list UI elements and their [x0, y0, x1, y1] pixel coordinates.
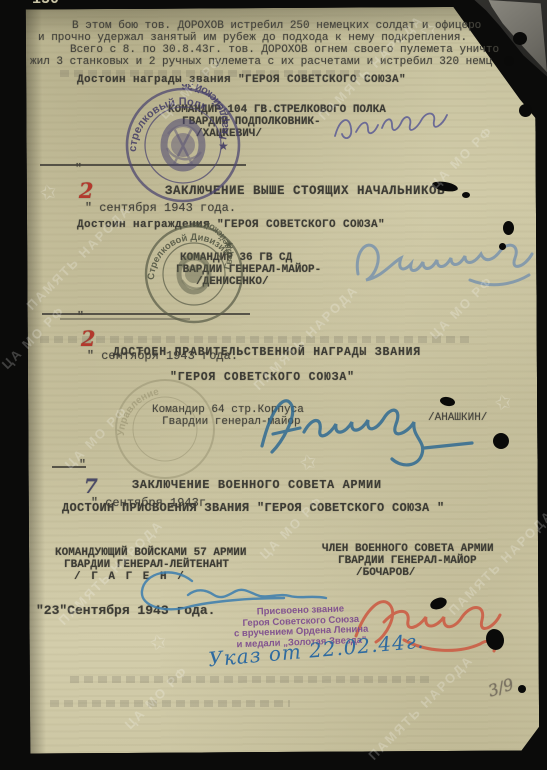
punch-hole — [493, 433, 509, 449]
paper-left-shade — [26, 9, 47, 753]
punch-hole — [486, 629, 504, 650]
stamp-star-icon: ★ — [218, 139, 229, 153]
council-member-rank: ГВАРДИИ ГЕНЕРАЛ-МАЙОР — [338, 555, 477, 567]
punch-hole — [504, 56, 514, 66]
military-council-merit: ДОСТОИН ПРИСВОЕНИЯ ЗВАНИЯ "ГЕРОЯ СОВЕТСК… — [62, 501, 445, 515]
combat-line: Всего с 8. по 30.8.43г. тов. ДОРОХОВ огн… — [70, 44, 499, 56]
punch-hole — [518, 685, 526, 693]
handwritten-day: 7 — [84, 474, 98, 498]
army-commander-position: КОМАНДУЮЩИЙ ВОЙСКАМИ 57 АРМИИ — [55, 547, 246, 559]
bleed-through-text — [40, 336, 470, 343]
handwritten-day: 2 — [79, 178, 94, 203]
regiment-seal-stamp: стрелковый Полк Гвардейской 36 ★ — [122, 84, 244, 206]
cut-page-number: 150 — [32, 0, 59, 8]
ink-blot — [462, 192, 470, 198]
award-document-scan: 150 В этом бою тов. ДОРОХОВ истребил 250… — [0, 0, 547, 770]
quote-mark: " — [79, 458, 86, 472]
corps-seal-stamp-faint: Управление — [112, 376, 218, 482]
combat-line: и прочно удержал занятый им рубеж до под… — [38, 32, 467, 44]
division-seal-stamp: Стрелковой Дивизии Гвардейской 36 ★ — [142, 222, 246, 326]
signature-denisenko — [352, 232, 537, 294]
punch-hole — [499, 243, 506, 250]
punch-hole — [503, 221, 514, 235]
combat-line: жил 3 станковых и 2 ручных пулемета с их… — [30, 56, 492, 68]
bleed-through-text — [50, 700, 290, 707]
council-member-position: ЧЛЕН ВОЕННОГО СОВЕТА АРМИИ — [322, 543, 494, 555]
punch-hole — [519, 104, 532, 117]
signature-khatskevich — [332, 106, 452, 148]
government-award-heading: ДОСТОЕН ПРАВИТЕЛЬСТВЕННОЙ НАГРАДЫ ЗВАНИЯ — [113, 346, 421, 359]
day-underline — [52, 466, 86, 468]
bleed-through-text — [70, 676, 430, 683]
combat-line: В этом бою тов. ДОРОХОВ истребил 250 нем… — [72, 20, 481, 32]
stamp-star-icon: ★ — [224, 239, 234, 251]
punch-hole — [513, 32, 527, 45]
